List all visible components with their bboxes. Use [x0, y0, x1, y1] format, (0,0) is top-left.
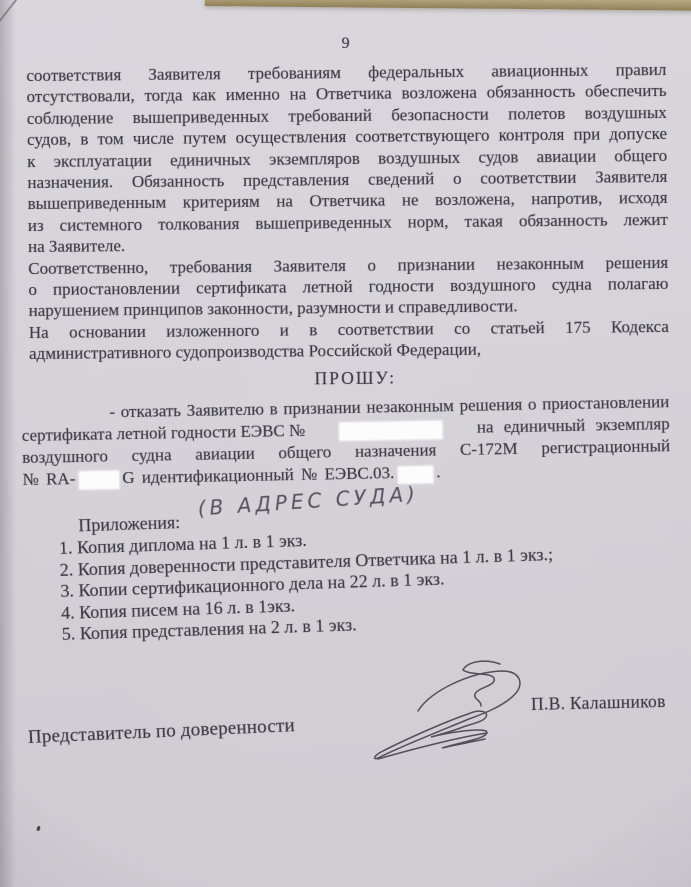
body-paragraph-3: На основании изложенного и в соответстви…: [29, 316, 669, 365]
signature-stroke: [463, 661, 500, 706]
signature: [368, 645, 568, 815]
body-paragraph-2: Соответственно, требования Заявителя о п…: [28, 252, 669, 322]
signatory-name: П.В. Калашников: [531, 691, 666, 715]
signatory-role: Представитель по доверенности: [28, 715, 296, 749]
request-heading: ПРОШУ:: [29, 365, 669, 393]
petition-paragraph: - отказать Заявителю в признании незакон…: [21, 391, 671, 491]
petition-text: .: [436, 461, 441, 483]
paper-speck: [36, 826, 41, 832]
redaction-box: [79, 471, 118, 489]
desk-edge: [205, 0, 691, 11]
document-body: 9 соответствия Заявителя требованиям фед…: [26, 30, 669, 392]
page-number: 9: [26, 30, 666, 58]
page-left-shadow: [0, 0, 16, 887]
paper-page: 9 соответствия Заявителя требованиям фед…: [0, 0, 691, 887]
attachments-list: 1. Копия диплома на 1 л. в 1 экз.2. Копи…: [59, 519, 648, 646]
redaction-box: [340, 421, 442, 440]
petition-text: № RA-: [22, 468, 75, 491]
attachments-section: Приложения: (В АДРЕС СУДА) 1. Копия дипл…: [58, 497, 648, 646]
signature-stroke: [375, 671, 520, 759]
body-paragraph-1: соответствия Заявителя требованиям федер…: [26, 59, 668, 258]
redaction-box: [398, 466, 432, 483]
